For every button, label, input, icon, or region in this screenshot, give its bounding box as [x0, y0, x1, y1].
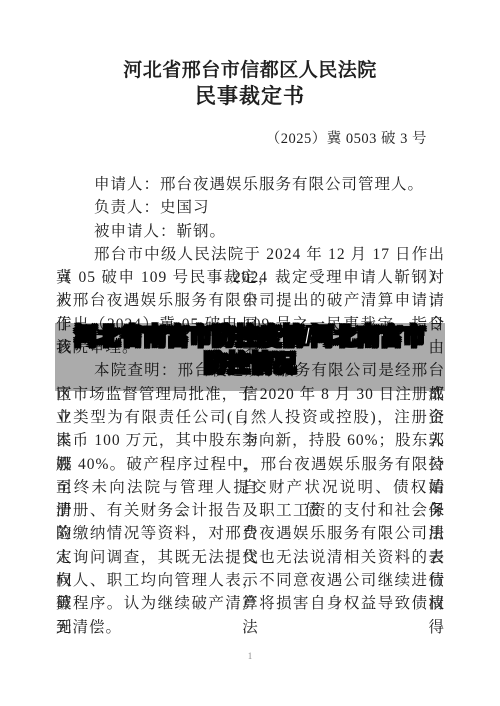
document-page: 河北省邢台市信都区人民法院 民事裁定书 （2025）冀 0503 破 3 号 申… — [0, 0, 500, 706]
body-line: 冀 05 破申 109 号民事裁定，裁定受理申请人靳钢对被申请 — [56, 266, 445, 289]
body-line: 申请人：邢台夜遇娱乐服务有限公司管理人。 — [56, 173, 445, 196]
body-line: 算程序。认为继续破产清算将损害自身权益导致债权无法得 — [56, 592, 445, 615]
document-type-title: 民事裁定书 — [0, 84, 500, 108]
body-line: 股 40%。破产程序过程中，邢台夜遇娱乐服务有限公司自始 — [56, 453, 445, 476]
watermark-line-2: 防控情况 — [50, 350, 450, 377]
document-header: 河北省邢台市信都区人民法院 民事裁定书 — [0, 59, 500, 108]
body-line: 人询问调查，其既无法提交也无法说清相关资料的去向，债 — [56, 546, 445, 569]
body-line: 负责人：史国习 — [56, 196, 445, 219]
body-line: 被申请人：靳钢。 — [56, 220, 445, 243]
page-number: 1 — [0, 651, 500, 662]
watermark-banner: 河北省南宫市防控疫情/河北南宫市 防控情况 — [50, 322, 450, 377]
body-line: 民币 100 万元，其中股东李向新，持股 60%；股东郭娜，持 — [56, 429, 445, 452]
watermark-line-1: 河北省南宫市防控疫情/河北南宫市 — [50, 322, 450, 350]
body-line: 业类型为有限责任公司(自然人投资或控股)，注册资本为人 — [56, 406, 445, 429]
body-line: 权人、职工均向管理人表示不同意夜遇公司继续进行破产清 — [56, 569, 445, 592]
body-line: 的缴纳情况等资料，对邢台夜遇娱乐服务有限公司法定代表 — [56, 522, 445, 545]
case-number: （2025）冀 0503 破 3 号 — [266, 127, 427, 148]
body-line: 人邢台夜遇娱乐服务有限公司提出的破产清算申请；于同日 — [56, 289, 445, 312]
body-line: 至终未向法院与管理人提交财产状况说明、债权清册、债务 — [56, 476, 445, 499]
court-name: 河北省邢台市信都区人民法院 — [0, 59, 500, 83]
body-line: 邢台市中级人民法院于 2024 年 12 月 17 日作出（2024） — [56, 243, 445, 266]
body-text: 申请人：邢台夜遇娱乐服务有限公司管理人。负责人：史国习被申请人：靳钢。邢台市中级… — [56, 173, 445, 639]
body-line: 清册、有关财务会计报告及职工工资的支付和社会保险费用 — [56, 499, 445, 522]
